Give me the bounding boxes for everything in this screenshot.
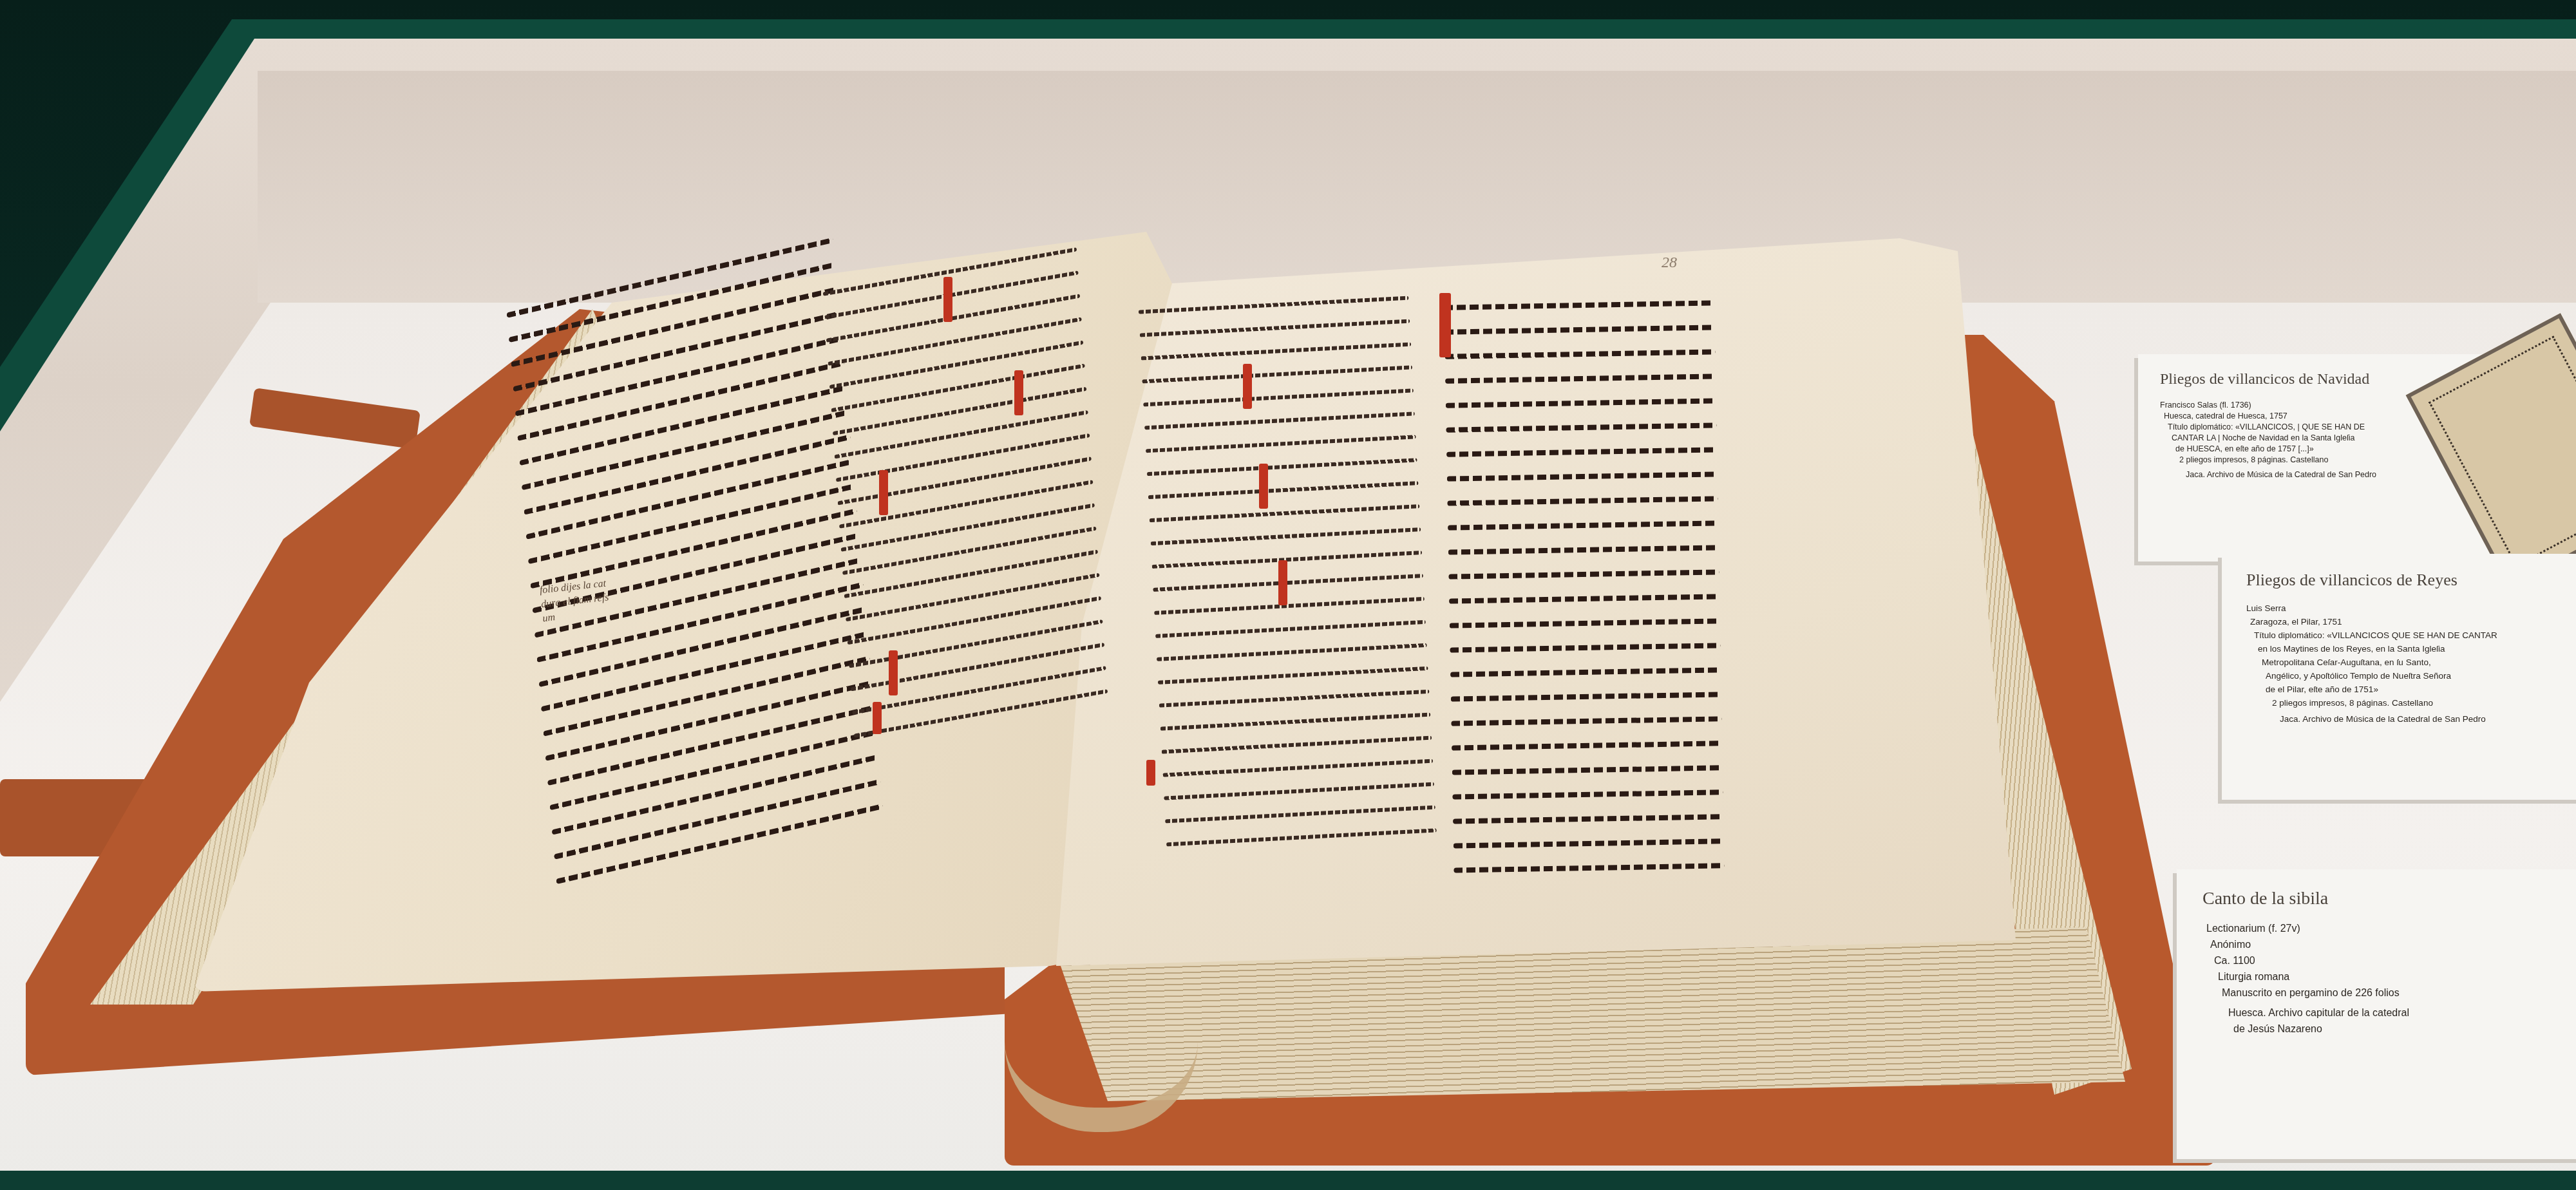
rubric-initial bbox=[1014, 370, 1023, 415]
label-line: de Jesús Nazareno bbox=[2202, 1021, 2576, 1037]
label-line: Metropolitana Ceſar-Auguſtana, en ſu San… bbox=[2246, 656, 2576, 669]
right-page-text-column bbox=[1444, 300, 1725, 892]
label-line: Huesca. Archivo capitular de la catedral bbox=[2202, 1005, 2576, 1021]
label-line: Jaca. Archivo de Música de la Catedral d… bbox=[2246, 712, 2576, 726]
exhibit-label-sibila: Canto de la sibila Lectionarium (f. 27v)… bbox=[2177, 869, 2576, 1159]
marginal-note: folio dijes la cat dura el fiam refs um bbox=[539, 576, 620, 626]
rubric-initial-h bbox=[1439, 293, 1451, 357]
label-line: Zaragoza, el Pilar, 1751 bbox=[2246, 615, 2576, 628]
rubric-initial bbox=[1259, 464, 1268, 509]
label-line: Título diplomático: «VILLANCICOS QUE SE … bbox=[2246, 628, 2576, 642]
label-line: en los Maytines de los Reyes, en la Sant… bbox=[2246, 642, 2576, 656]
label-line: Manuscrito en pergamino de 226 folios bbox=[2202, 985, 2576, 1001]
exhibit-label-reyes: Pliegos de villancicos de Reyes Luis Ser… bbox=[2222, 554, 2576, 800]
left-page-chant-column bbox=[823, 247, 1109, 757]
vitrine-floor-edge bbox=[0, 1171, 2576, 1190]
label-line: Anónimo bbox=[2202, 937, 2576, 953]
rubric-initial bbox=[873, 702, 882, 734]
rubric-initial bbox=[943, 277, 952, 322]
rubric-initial bbox=[889, 650, 898, 695]
label-line: Ca. 1100 bbox=[2202, 953, 2576, 969]
label-line: Lectionarium (f. 27v) bbox=[2202, 921, 2576, 937]
label-title: Pliegos de villancicos de Reyes bbox=[2246, 571, 2576, 590]
right-page-chant-column bbox=[1139, 296, 1438, 866]
vitrine-back-panel bbox=[258, 71, 2576, 303]
label-line: Luis Serra bbox=[2246, 601, 2576, 615]
folio-number: 28 bbox=[1662, 254, 1677, 272]
label-line: Angélico, y Apoſtólico Templo de Nueſtra… bbox=[2246, 669, 2576, 683]
rubric-initial bbox=[879, 470, 888, 515]
book-spine-sewing bbox=[1005, 966, 1198, 1132]
label-line: de el Pilar, eſte año de 1751» bbox=[2246, 683, 2576, 696]
rubric-initial bbox=[1146, 760, 1155, 786]
rubric-initial bbox=[1243, 364, 1252, 409]
label-line: Liturgia romana bbox=[2202, 969, 2576, 985]
museum-vitrine-scene: folio dijes la cat dura el fiam refs um … bbox=[0, 0, 2576, 1190]
label-title: Canto de la sibila bbox=[2202, 889, 2576, 909]
label-line: 2 pliegos impresos, 8 páginas. Castellan… bbox=[2246, 696, 2576, 710]
rubric-initial bbox=[1278, 560, 1287, 605]
